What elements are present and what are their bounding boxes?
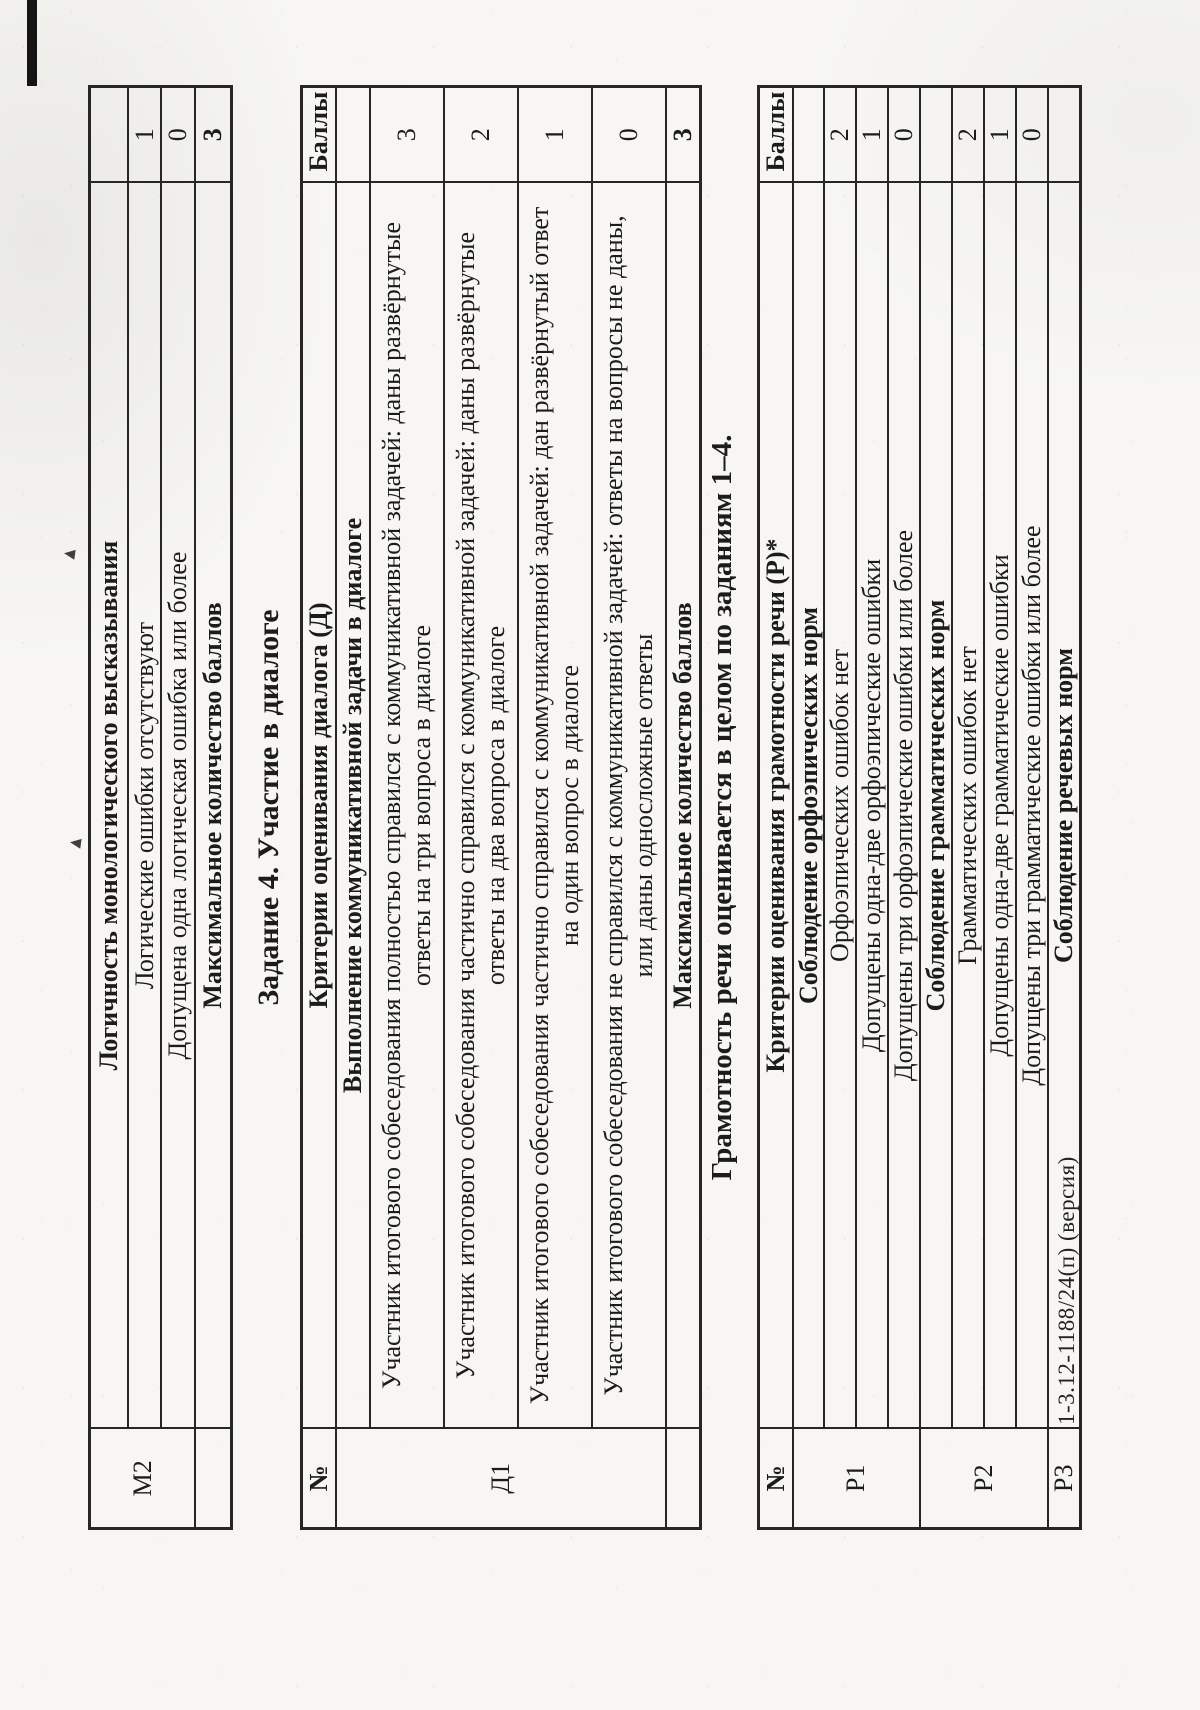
criterion-code-cell: Р2 [920, 1429, 1048, 1529]
score-cell: 1 [128, 87, 162, 183]
criterion-code-cell: Д1 [336, 1429, 666, 1529]
score-cell [336, 87, 370, 183]
criterion-code-cell: Р3 [1048, 1429, 1080, 1529]
r-criteria-table: № Критерии оценивания грамотности речи (… [757, 85, 1082, 1530]
criterion-text: Допущены три грамматические ошибки или б… [1016, 183, 1048, 1429]
score-cell: 3 [370, 87, 444, 183]
section-title-task4: Задание 4. Участие в диалоге [252, 85, 286, 1530]
criterion-code-cell: Р1 [793, 1429, 921, 1529]
criterion-code-cell: М2 [90, 1429, 196, 1529]
score-cell: 3 [195, 87, 231, 183]
m2-criteria-table: М2 Логичность монологического высказыван… [88, 85, 233, 1530]
score-cell: 2 [952, 87, 984, 183]
score-cell: 2 [444, 87, 518, 183]
score-cell: 1 [856, 87, 888, 183]
d1-criteria-table: № Критерии оценивания диалога (Д) Баллы … [300, 85, 702, 1530]
criterion-section-header: Логичность монологического высказывания [90, 183, 128, 1429]
criterion-code-cell [666, 1429, 701, 1529]
criterion-text: Допущены три орфоэпические ошибки или бо… [888, 183, 920, 1429]
number-header-cell: № [759, 1429, 793, 1529]
score-cell [920, 87, 952, 183]
criterion-text: Допущены одна-две орфоэпические ошибки [856, 183, 888, 1429]
score-cell: 0 [1016, 87, 1048, 183]
grammar-note-title: Грамотность речи оценивается в целом по … [706, 85, 739, 1530]
criterion-text: Грамматических ошибок нет [952, 183, 984, 1429]
score-header-cell: Баллы [759, 87, 793, 183]
criterion-text: Участник итогового собеседования полност… [370, 183, 444, 1429]
document-code: 1-3.12-1188/24(п) (версия) [1054, 1156, 1080, 1425]
score-cell [793, 87, 825, 183]
criteria-header-cell: Критерии оценивания диалога (Д) [302, 183, 336, 1429]
score-cell: 2 [824, 87, 856, 183]
rotated-sheet: М2 Логичность монологического высказыван… [0, 0, 1200, 1710]
criterion-code-cell [195, 1429, 231, 1529]
score-cell [1048, 87, 1080, 183]
score-cell: 3 [666, 87, 701, 183]
max-score-label: Максимальное количество баллов [666, 183, 701, 1429]
score-cell [90, 87, 128, 183]
criterion-text: Участник итогового собеседования частичн… [518, 183, 592, 1429]
criterion-text: Участник итогового собеседования не спра… [592, 183, 666, 1429]
score-cell: 0 [161, 87, 195, 183]
criterion-section-header: Выполнение коммуникативной задачи в диал… [336, 183, 370, 1429]
score-cell: 1 [984, 87, 1016, 183]
score-cell: 1 [518, 87, 592, 183]
number-header-cell: № [302, 1429, 336, 1529]
criterion-text: Допущены одна-две грамматические ошибки [984, 183, 1016, 1429]
criterion-text: Допущена одна логическая ошибка или боле… [161, 183, 195, 1429]
criterion-text: Логические ошибки отсутствуют [128, 183, 162, 1429]
max-score-label: Максимальное количество баллов [195, 183, 231, 1429]
criterion-text: Орфоэпических ошибок нет [824, 183, 856, 1429]
criterion-section-header: Соблюдение грамматических норм [920, 183, 952, 1429]
scanned-page: М2 Логичность монологического высказыван… [0, 0, 1200, 1710]
criteria-header-cell: Критерии оценивания грамотности речи (Р)… [759, 183, 793, 1429]
criterion-text: Участник итогового собеседования частичн… [444, 183, 518, 1429]
score-cell: 0 [592, 87, 666, 183]
score-header-cell: Баллы [302, 87, 336, 183]
score-cell: 0 [888, 87, 920, 183]
criterion-section-header: Соблюдение орфоэпических норм [793, 183, 825, 1429]
